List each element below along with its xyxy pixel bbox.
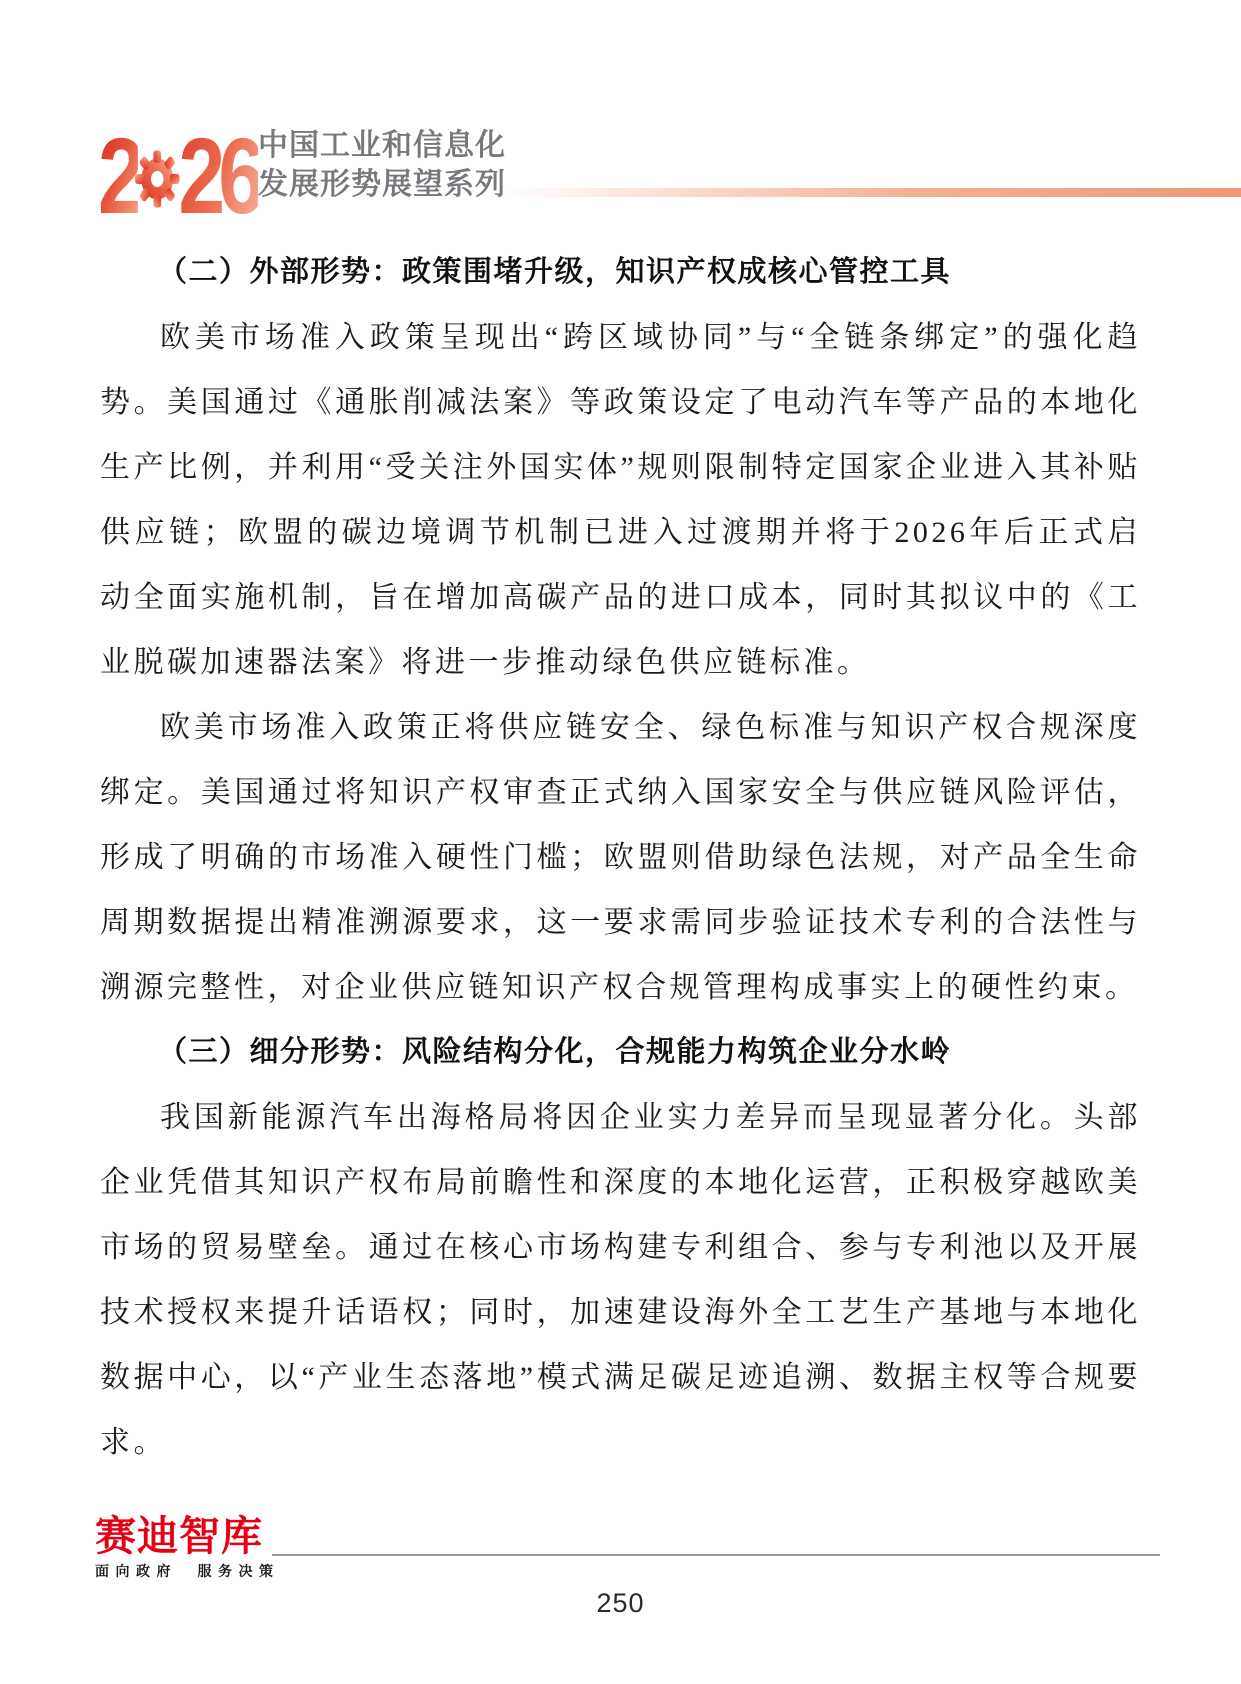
year-logo: 2 bbox=[98, 122, 258, 230]
paragraph: 欧美市场准入政策呈现出“跨区域协同”与“全链条绑定”的强化趋势。美国通过《通胀削… bbox=[100, 305, 1141, 695]
gear-icon bbox=[133, 148, 181, 210]
series-title-line1: 中国工业和信息化 bbox=[258, 126, 506, 165]
brand-logo-text: 赛迪智库 bbox=[95, 1514, 280, 1558]
document-body: （二）外部形势：政策围堵升级，知识产权成核心管控工具 欧美市场准入政策呈现出“跨… bbox=[100, 240, 1141, 1475]
page-number: 250 bbox=[0, 1588, 1241, 1619]
series-title-line2: 发展形势展望系列 bbox=[258, 165, 506, 204]
brand-tagline: 面向政府 服务决策 bbox=[95, 1561, 280, 1581]
paragraph: 欧美市场准入政策正将供应链安全、绿色标准与知识产权合规深度绑定。美国通过将知识产… bbox=[100, 695, 1141, 1020]
paragraph: 我国新能源汽车出海格局将因企业实力差异而呈现显著分化。头部企业凭借其知识产权布局… bbox=[100, 1085, 1141, 1475]
footer-divider bbox=[272, 1554, 1160, 1556]
section-heading-3: （三）细分形势：风险结构分化，合规能力构筑企业分水岭 bbox=[100, 1020, 1141, 1085]
section-heading-2: （二）外部形势：政策围堵升级，知识产权成核心管控工具 bbox=[100, 240, 1141, 305]
logo-digit-left: 2 bbox=[98, 122, 138, 230]
series-title: 中国工业和信息化 发展形势展望系列 bbox=[258, 126, 506, 204]
document-page: 2 bbox=[0, 0, 1241, 1684]
footer-brand: 赛迪智库 面向政府 服务决策 bbox=[95, 1514, 280, 1581]
logo-digit-right: 26 bbox=[178, 122, 258, 230]
header-gradient-rule bbox=[500, 188, 1241, 197]
